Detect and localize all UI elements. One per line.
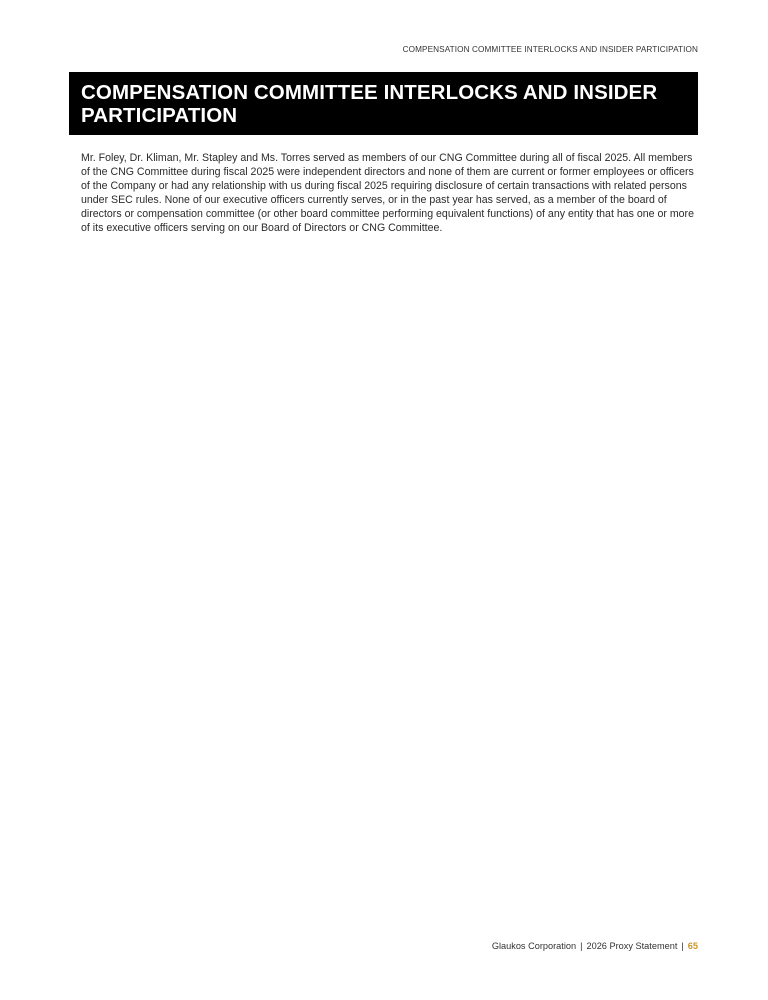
footer-separator: |	[681, 941, 683, 951]
running-header: COMPENSATION COMMITTEE INTERLOCKS AND IN…	[403, 45, 698, 54]
body-paragraph: Mr. Foley, Dr. Kliman, Mr. Stapley and M…	[81, 151, 701, 236]
section-banner: COMPENSATION COMMITTEE INTERLOCKS AND IN…	[69, 72, 698, 135]
footer-company: Glaukos Corporation	[492, 941, 576, 951]
page-footer: Glaukos Corporation|2026 Proxy Statement…	[492, 941, 698, 951]
section-title: COMPENSATION COMMITTEE INTERLOCKS AND IN…	[81, 81, 686, 127]
footer-document: 2026 Proxy Statement	[586, 941, 677, 951]
footer-separator: |	[580, 941, 582, 951]
page-number: 65	[688, 941, 698, 951]
